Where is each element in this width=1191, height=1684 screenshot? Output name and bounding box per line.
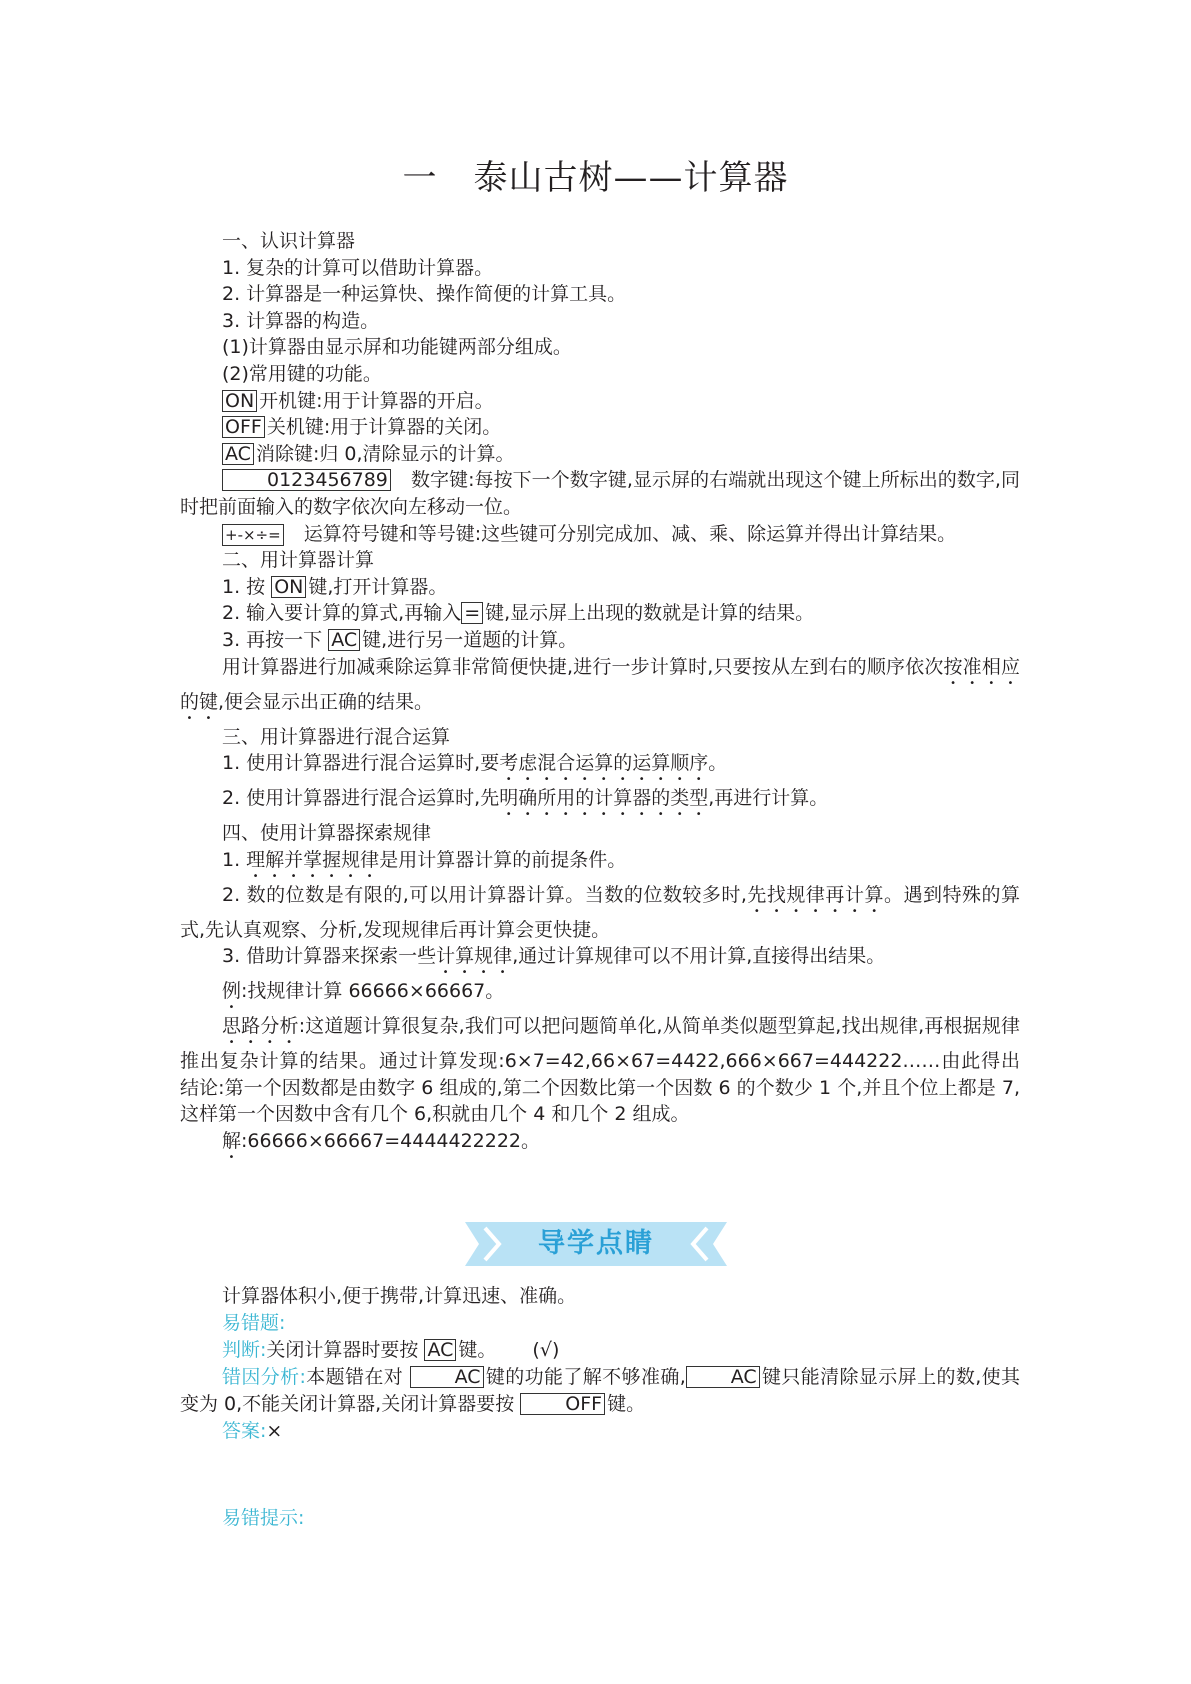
guide-section: 计算器体积小,便于携带,计算迅速、准确。 易错题: 判断:关闭计算器时要按 AC…	[180, 1283, 1020, 1445]
judge-label: 判断:	[222, 1339, 266, 1361]
paragraph: 用计算器进行加减乘除运算非常简便快捷,进行一步计算时,只要按从左到右的顺序依次按…	[180, 654, 1020, 724]
emphasis-text: 计算规律	[436, 945, 512, 967]
ac-key-box: AC	[424, 1339, 456, 1361]
section-heading-1: 一、认识计算器	[180, 228, 1020, 255]
equals-key-box: =	[461, 602, 483, 624]
chapter-title: 泰山古树——计算器	[474, 158, 789, 198]
key-row-digits: 0123456789数字键:每按下一个数字键,显示屏的右端就出现这个键上所标出的…	[180, 467, 1020, 520]
reason-analysis: 错因分析:本题错在对 AC键的功能了解不够准确,AC键只能清除显示屏上的数,使其…	[180, 1364, 1020, 1418]
guide-banner: 导学点睛	[465, 1222, 727, 1266]
key-desc: 开机键:用于计算器的开启。	[259, 390, 493, 412]
ac-key-box: AC	[328, 629, 360, 651]
on-key-box: ON	[271, 576, 306, 598]
emphasis-text: 明确所用的计算器的类型	[499, 787, 708, 809]
section-heading-3: 三、用计算器进行混合运算	[180, 724, 1020, 751]
section-heading-2: 二、用计算器计算	[180, 547, 1020, 574]
mistake-tip-label: 易错提示:	[222, 1503, 304, 1530]
list-item: 1. 理解并掌握规律是用计算器计算的前提条件。	[180, 847, 1020, 882]
off-key-box: OFF	[520, 1393, 605, 1415]
mistake-label: 易错题:	[180, 1310, 1020, 1337]
emphasis-text: 考虑混合运算的运算顺序	[499, 752, 708, 774]
solution-label: 解	[222, 1130, 241, 1152]
list-item: 2. 使用计算器进行混合运算时,先明确所用的计算器的类型,再进行计算。	[180, 785, 1020, 820]
key-desc: 消除键:归 0,清除显示的计算。	[256, 443, 515, 465]
key-row-operators: +-×÷=运算符号键和等号键:这些键可分别完成加、减、乘、除运算并得出计算结果。	[180, 521, 1020, 548]
list-item: 3. 再按一下 AC键,进行另一道题的计算。	[180, 627, 1020, 654]
judge-mark: (√)	[532, 1339, 559, 1361]
on-key-box: ON	[222, 390, 257, 412]
list-item: (1)计算器由显示屏和功能键两部分组成。	[180, 334, 1020, 361]
example: 例:找规律计算 66666×66667。	[180, 978, 1020, 1013]
page-title: 一泰山古树——计算器	[0, 150, 1191, 199]
list-item: 3. 借助计算器来探索一些计算规律,通过计算规律可以不用计算,直接得出结果。	[180, 943, 1020, 978]
main-content: 一、认识计算器 1. 复杂的计算可以借助计算器。 2. 计算器是一种运算快、操作…	[180, 228, 1020, 1163]
list-item: 2. 计算器是一种运算快、操作简便的计算工具。	[180, 281, 1020, 308]
ac-key-box: AC	[686, 1366, 760, 1388]
off-key-box: OFF	[222, 416, 265, 438]
answer-label: 答案:	[222, 1420, 266, 1442]
key-desc: 关机键:用于计算器的关闭。	[267, 416, 501, 438]
section-heading-4: 四、使用计算器探索规律	[180, 820, 1020, 847]
answer-value: ×	[266, 1420, 282, 1442]
analysis-label: 思路分析	[222, 1015, 299, 1037]
key-row-ac: AC消除键:归 0,清除显示的计算。	[180, 441, 1020, 468]
analysis: 思路分析:这道题计算很复杂,我们可以把问题简单化,从简单类似题型算起,找出规律,…	[180, 1013, 1020, 1128]
key-desc: 运算符号键和等号键:这些键可分别完成加、减、乘、除运算并得出计算结果。	[304, 523, 956, 545]
emphasis-text: 理解并掌握规律	[246, 849, 379, 871]
emphasis-text: 先找规律再计算	[747, 884, 884, 906]
list-item: 2. 数的位数是有限的,可以用计算器计算。当数的位数较多时,先找规律再计算。遇到…	[180, 882, 1020, 944]
list-item: (2)常用键的功能。	[180, 361, 1020, 388]
list-item: 1. 按 ON键,打开计算器。	[180, 574, 1020, 601]
key-row-on: ON开机键:用于计算器的开启。	[180, 388, 1020, 415]
solution: 解:66666×66667=4444422222。	[180, 1128, 1020, 1163]
list-item: 1. 复杂的计算可以借助计算器。	[180, 255, 1020, 282]
list-item: 3. 计算器的构造。	[180, 308, 1020, 335]
judge-question: 判断:关闭计算器时要按 AC键。(√)	[180, 1337, 1020, 1364]
operator-keys-box: +-×÷=	[222, 524, 284, 546]
list-item: 2. 输入要计算的算式,再输入=键,显示屏上出现的数就是计算的结果。	[180, 600, 1020, 627]
digit-keys-box: 0123456789	[222, 469, 391, 491]
key-row-off: OFF关机键:用于计算器的关闭。	[180, 414, 1020, 441]
answer: 答案:×	[180, 1418, 1020, 1445]
ac-key-box: AC	[222, 443, 254, 465]
chapter-number: 一	[403, 158, 438, 198]
reason-label: 错因分析:	[222, 1366, 306, 1388]
guide-summary: 计算器体积小,便于携带,计算迅速、准确。	[180, 1283, 1020, 1310]
list-item: 1. 使用计算器进行混合运算时,要考虑混合运算的运算顺序。	[180, 750, 1020, 785]
banner-title: 导学点睛	[465, 1222, 727, 1266]
ac-key-box: AC	[410, 1366, 484, 1388]
example-label: 例	[222, 980, 241, 1002]
